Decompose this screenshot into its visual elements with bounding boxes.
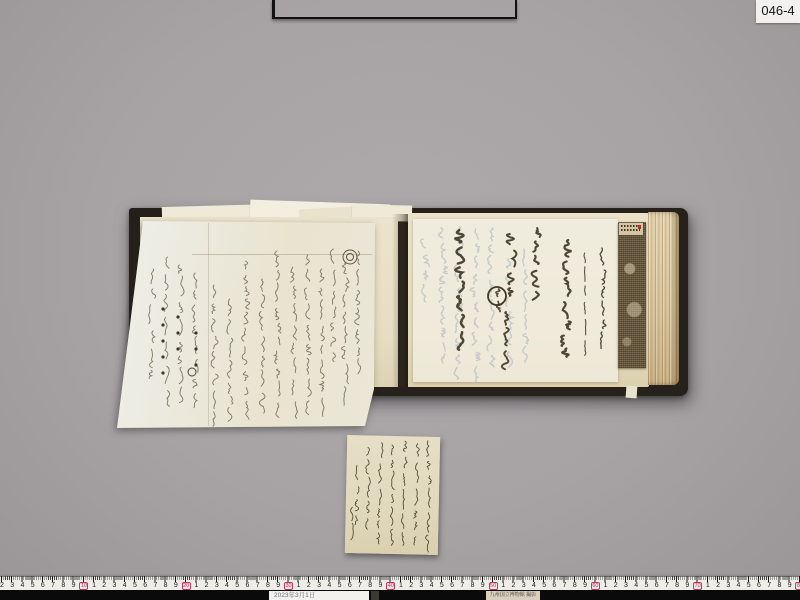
calligraphy-column bbox=[561, 240, 571, 357]
credit-label: 九州国立博物館 撮影 bbox=[486, 591, 540, 600]
calligraphy-column bbox=[413, 443, 419, 545]
ruler-tick-label: 7 bbox=[358, 582, 362, 590]
ruler-tick-label: 5 bbox=[644, 582, 648, 590]
bullet-dot bbox=[194, 347, 197, 350]
ruler-tick-label: 9 bbox=[72, 582, 76, 590]
ruler-tick-label: 9 bbox=[685, 582, 689, 590]
ruler-tick-label: 1 bbox=[92, 582, 96, 590]
ruler-tick-label: 4 bbox=[225, 582, 229, 590]
ruler-tick-label: 6 bbox=[348, 582, 352, 590]
letter-sheet bbox=[112, 221, 376, 429]
calligraphy-column bbox=[350, 507, 354, 540]
ruler-tick-label: 8 bbox=[61, 582, 65, 590]
calligraphy-column bbox=[425, 441, 433, 552]
fore-edge-page-stack bbox=[648, 212, 679, 385]
ruler-tick-label: 8 bbox=[368, 582, 372, 590]
ruler-tick-label: 70 bbox=[693, 582, 702, 590]
calligraphy-column bbox=[149, 269, 156, 379]
card-calligraphy bbox=[345, 435, 440, 555]
ruler-tick-label: 9 bbox=[276, 582, 280, 590]
calligraphy-column bbox=[275, 251, 281, 418]
ruler-tick-label: 5 bbox=[747, 582, 751, 590]
circled-seal-mark bbox=[188, 368, 196, 376]
bullet-dot bbox=[161, 307, 164, 310]
handwritten-card bbox=[345, 435, 440, 555]
ruler-tick-label: 1 bbox=[194, 582, 198, 590]
ruler-tick-label: 1 bbox=[604, 582, 608, 590]
calligraphy-column bbox=[439, 228, 448, 363]
bullet-dot bbox=[161, 355, 164, 358]
ruler-tick-label: 8 bbox=[471, 582, 475, 590]
ruler-tick-label: 7 bbox=[460, 582, 464, 590]
ruler-tick-label: 7 bbox=[563, 582, 567, 590]
ruler-tick-label: 4 bbox=[737, 582, 741, 590]
grayscale-calibration-strip bbox=[272, 0, 517, 19]
calligraphy-column bbox=[421, 239, 430, 302]
ruler-tick-label: 50 bbox=[489, 582, 498, 590]
ruler-tick-label: 3 bbox=[215, 582, 219, 590]
right-page-calligraphy bbox=[413, 219, 618, 382]
ruler-tick-label: 1 bbox=[706, 582, 710, 590]
calligraphy-column bbox=[600, 248, 606, 349]
ruler-tick-label: 2 bbox=[307, 582, 311, 590]
calligraphy-column bbox=[291, 267, 298, 418]
ruler-tick-label: 80 bbox=[795, 582, 800, 590]
ruler-tick-label: 3 bbox=[317, 582, 321, 590]
ruler-tick-label: 60 bbox=[591, 582, 600, 590]
ruler-tick-label: 4 bbox=[532, 582, 536, 590]
ruler-tick-label: 8 bbox=[777, 582, 781, 590]
ruler-tick-label: 5 bbox=[133, 582, 137, 590]
calligraphy-column bbox=[502, 312, 509, 369]
ruler-tick-label: 7 bbox=[153, 582, 157, 590]
calligraphy-column bbox=[532, 228, 541, 300]
calligraphy-column bbox=[470, 229, 480, 383]
bullet-dot bbox=[194, 331, 197, 334]
ruler-tick-label: 30 bbox=[284, 582, 293, 590]
calligraphy-column bbox=[211, 285, 218, 426]
calligraphy-column bbox=[164, 257, 170, 406]
ruler-tick-label: 6 bbox=[757, 582, 761, 590]
circled-seal-mark bbox=[343, 250, 357, 264]
ruler-tick-label: 6 bbox=[450, 582, 454, 590]
calligraphy-column bbox=[389, 445, 395, 545]
bullet-dot bbox=[176, 347, 179, 350]
ruler-tick-label: 5 bbox=[440, 582, 444, 590]
ruler-tick-label: 8 bbox=[573, 582, 577, 590]
calligraphy-column bbox=[401, 441, 408, 545]
ruler-tick-label: 4 bbox=[123, 582, 127, 590]
ruler-tick-label: 6 bbox=[143, 582, 147, 590]
calligraphy-column bbox=[330, 249, 336, 362]
bullet-dot bbox=[176, 315, 179, 318]
ruler-tick-label: 2 bbox=[409, 582, 413, 590]
calligraphy-column bbox=[355, 251, 361, 374]
ruler-tick-label: 6 bbox=[41, 582, 45, 590]
ruler-tick-label: 2 bbox=[205, 582, 209, 590]
calligraphy-column bbox=[304, 255, 311, 415]
ruler-tick-label: 7 bbox=[256, 582, 260, 590]
bullet-dot bbox=[161, 339, 164, 342]
calligraphy-column bbox=[365, 447, 372, 529]
ruler-tick-label: 1 bbox=[297, 582, 301, 590]
ruler-tick-label: 9 bbox=[583, 582, 587, 590]
ruler-tick-label: 3 bbox=[10, 582, 14, 590]
ruler-tick-label: 2 bbox=[102, 582, 106, 590]
calligraphy-column bbox=[496, 289, 500, 312]
calligraphy-column bbox=[242, 261, 250, 419]
ruler-tick-label: 9 bbox=[379, 582, 383, 590]
circled-seal-mark bbox=[347, 254, 354, 261]
ruler-tick-label: 1 bbox=[501, 582, 505, 590]
ruler-tick-label: 5 bbox=[338, 582, 342, 590]
protruding-page-tab bbox=[626, 386, 638, 399]
ruler-tick-label: 1 bbox=[399, 582, 403, 590]
ruler-tick-label: 6 bbox=[246, 582, 250, 590]
ruler-tick-label: 2 bbox=[614, 582, 618, 590]
letter-calligraphy bbox=[112, 221, 376, 429]
ruler-tick-label: 4 bbox=[634, 582, 638, 590]
ruler-tick-label: 10 bbox=[79, 582, 88, 590]
ruler-tick-label: 6 bbox=[552, 582, 556, 590]
calligraphy-column bbox=[523, 249, 529, 362]
ruler-tick-label: 8 bbox=[266, 582, 270, 590]
bullet-dot bbox=[176, 331, 179, 334]
ruler-tick-label: 6 bbox=[655, 582, 659, 590]
calligraphy-column bbox=[192, 273, 198, 408]
letter-sheet-paper bbox=[112, 221, 376, 429]
catalog-number-label: 046-4 bbox=[756, 0, 800, 23]
ruler-tick-label: 5 bbox=[31, 582, 35, 590]
ruler-tick-label: 2 bbox=[512, 582, 516, 590]
grayscale-patch bbox=[274, 0, 275, 17]
newspaper-clipping bbox=[618, 222, 646, 368]
color-patch bbox=[371, 591, 379, 600]
ruler-tick-label: 40 bbox=[386, 582, 395, 590]
calligraphy-column bbox=[259, 279, 265, 413]
clipping-header-textline bbox=[621, 229, 640, 231]
ruler-tick-label: 2 bbox=[716, 582, 720, 590]
archival-photo-stage: 046-4 2345678910123456789201234567893012… bbox=[0, 0, 800, 600]
ruler-tick-label: 8 bbox=[675, 582, 679, 590]
ruler-tick-label: 5 bbox=[235, 582, 239, 590]
calligraphy-column bbox=[227, 299, 233, 421]
bullet-dot bbox=[161, 371, 164, 374]
date-label: 2023年3月1日 bbox=[269, 591, 369, 600]
ruler-tick-label: 8 bbox=[164, 582, 168, 590]
ruler-tick-label: 4 bbox=[327, 582, 331, 590]
ruler-tick-label: 4 bbox=[430, 582, 434, 590]
calligraphy-column bbox=[342, 263, 349, 405]
bullet-dot bbox=[161, 323, 164, 326]
ruler-tick-label: 3 bbox=[624, 582, 628, 590]
ruler-tick-label: 9 bbox=[788, 582, 792, 590]
ruler-tick-label: 7 bbox=[767, 582, 771, 590]
calligraphy-column bbox=[319, 269, 324, 416]
ruler-tick-label: 3 bbox=[726, 582, 730, 590]
table-edge bbox=[0, 590, 800, 600]
ruler-tick-label: 4 bbox=[20, 582, 24, 590]
ruler-tick-label: 20 bbox=[182, 582, 191, 590]
ruler-tick-label: 3 bbox=[419, 582, 423, 590]
calligraphy-column bbox=[377, 443, 383, 544]
calligraphy-column bbox=[354, 465, 359, 525]
ruler-tick-label: 2 bbox=[0, 582, 4, 590]
ruler-tick-label: 3 bbox=[113, 582, 117, 590]
calligraphy-column bbox=[584, 253, 586, 355]
ruler-tick-label: 9 bbox=[174, 582, 178, 590]
ruler-tick-label: 5 bbox=[542, 582, 546, 590]
ruler-tick-label: 7 bbox=[665, 582, 669, 590]
clipping-red-seal bbox=[638, 225, 641, 229]
ruler-tick-label: 3 bbox=[522, 582, 526, 590]
translucent-overlay-sheet bbox=[413, 219, 618, 382]
clipping-header bbox=[619, 223, 643, 235]
ruler-tick-label: 9 bbox=[481, 582, 485, 590]
bullet-dot bbox=[194, 363, 197, 366]
ruler-tick-label: 7 bbox=[51, 582, 55, 590]
